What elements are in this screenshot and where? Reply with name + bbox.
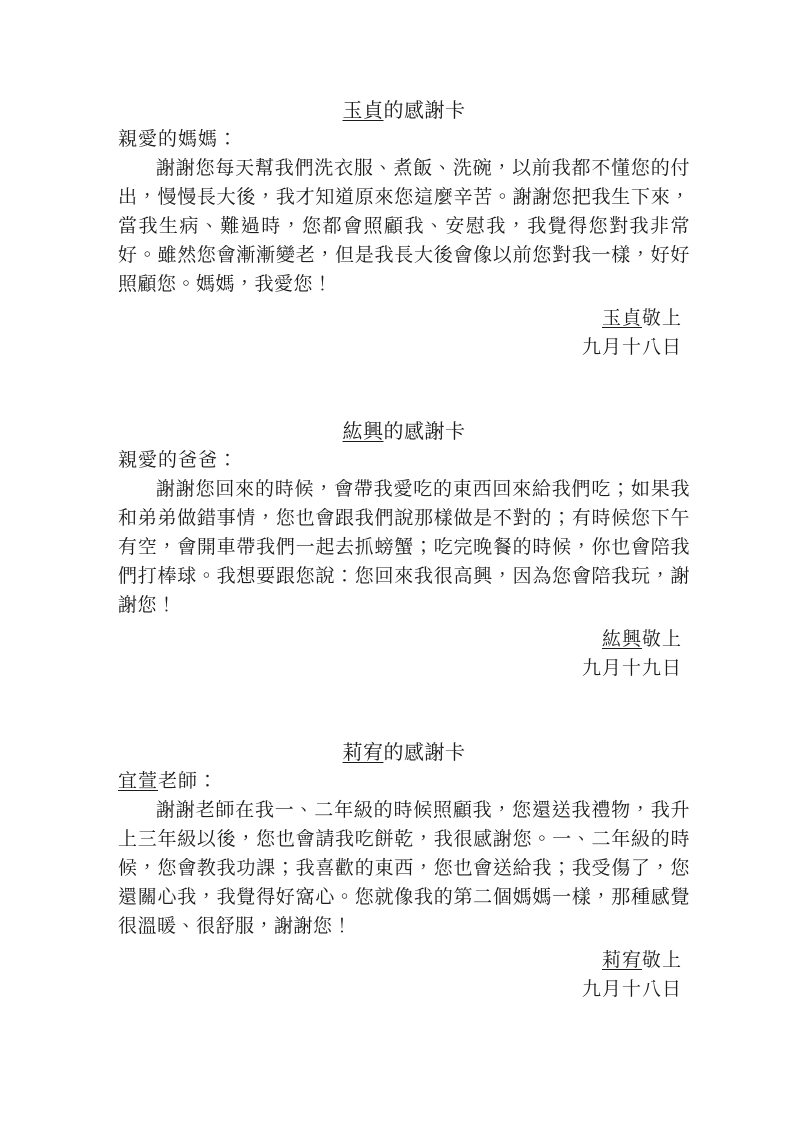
card-title-name: 紘興 xyxy=(343,419,384,443)
card-title-name: 莉宥 xyxy=(343,740,384,764)
signer-suffix: 敬上 xyxy=(642,949,682,971)
signature-date: 九月十八日 xyxy=(118,975,682,1004)
signer-name: 紘興 xyxy=(602,628,642,650)
thank-you-card: 莉宥的感謝卡 宜萱老師： 謝謝老師在我一、二年級的時候照顧我，您還送我禮物，我升… xyxy=(118,738,690,1004)
signature: 紘興敬上 xyxy=(118,625,682,654)
signer-name: 莉宥 xyxy=(602,949,642,971)
salutation: 宜萱老師： xyxy=(118,767,690,796)
card-title-suffix: 的感謝卡 xyxy=(384,740,466,764)
card-title-name: 玉貞 xyxy=(343,98,384,122)
signature-date: 九月十九日 xyxy=(118,654,682,683)
card-title: 莉宥的感謝卡 xyxy=(118,738,690,767)
signature: 玉貞敬上 xyxy=(118,304,682,333)
card-title-suffix: 的感謝卡 xyxy=(384,98,466,122)
signature-date: 九月十八日 xyxy=(118,333,682,362)
card-body: 謝謝您每天幫我們洗衣服、煮飯、洗碗，以前我都不懂您的付出，慢慢長大後，我才知道原… xyxy=(118,154,690,299)
card-title: 紘興的感謝卡 xyxy=(118,417,690,446)
signer-name: 玉貞 xyxy=(602,307,642,329)
card-title: 玉貞的感謝卡 xyxy=(118,96,690,125)
document-page: 玉貞的感謝卡 親愛的媽媽： 謝謝您每天幫我們洗衣服、煮飯、洗碗，以前我都不懂您的… xyxy=(0,0,800,1131)
salutation: 親愛的媽媽： xyxy=(118,125,690,154)
salutation-text: 老師： xyxy=(158,770,218,792)
signer-suffix: 敬上 xyxy=(642,628,682,650)
signer-suffix: 敬上 xyxy=(642,307,682,329)
thank-you-card: 玉貞的感謝卡 親愛的媽媽： 謝謝您每天幫我們洗衣服、煮飯、洗碗，以前我都不懂您的… xyxy=(118,96,690,362)
salutation-text: 親愛的爸爸： xyxy=(118,449,238,471)
salutation: 親愛的爸爸： xyxy=(118,446,690,475)
signature: 莉宥敬上 xyxy=(118,946,682,975)
card-title-suffix: 的感謝卡 xyxy=(384,419,466,443)
card-body: 謝謝老師在我一、二年級的時候照顧我，您還送我禮物，我升上三年級以後，您也會請我吃… xyxy=(118,796,690,941)
card-body: 謝謝您回來的時候，會帶我愛吃的東西回來給我們吃；如果我和弟弟做錯事情，您也會跟我… xyxy=(118,475,690,620)
thank-you-card: 紘興的感謝卡 親愛的爸爸： 謝謝您回來的時候，會帶我愛吃的東西回來給我們吃；如果… xyxy=(118,417,690,683)
salutation-text: 親愛的媽媽： xyxy=(118,128,238,150)
salutation-name: 宜萱 xyxy=(118,770,158,792)
